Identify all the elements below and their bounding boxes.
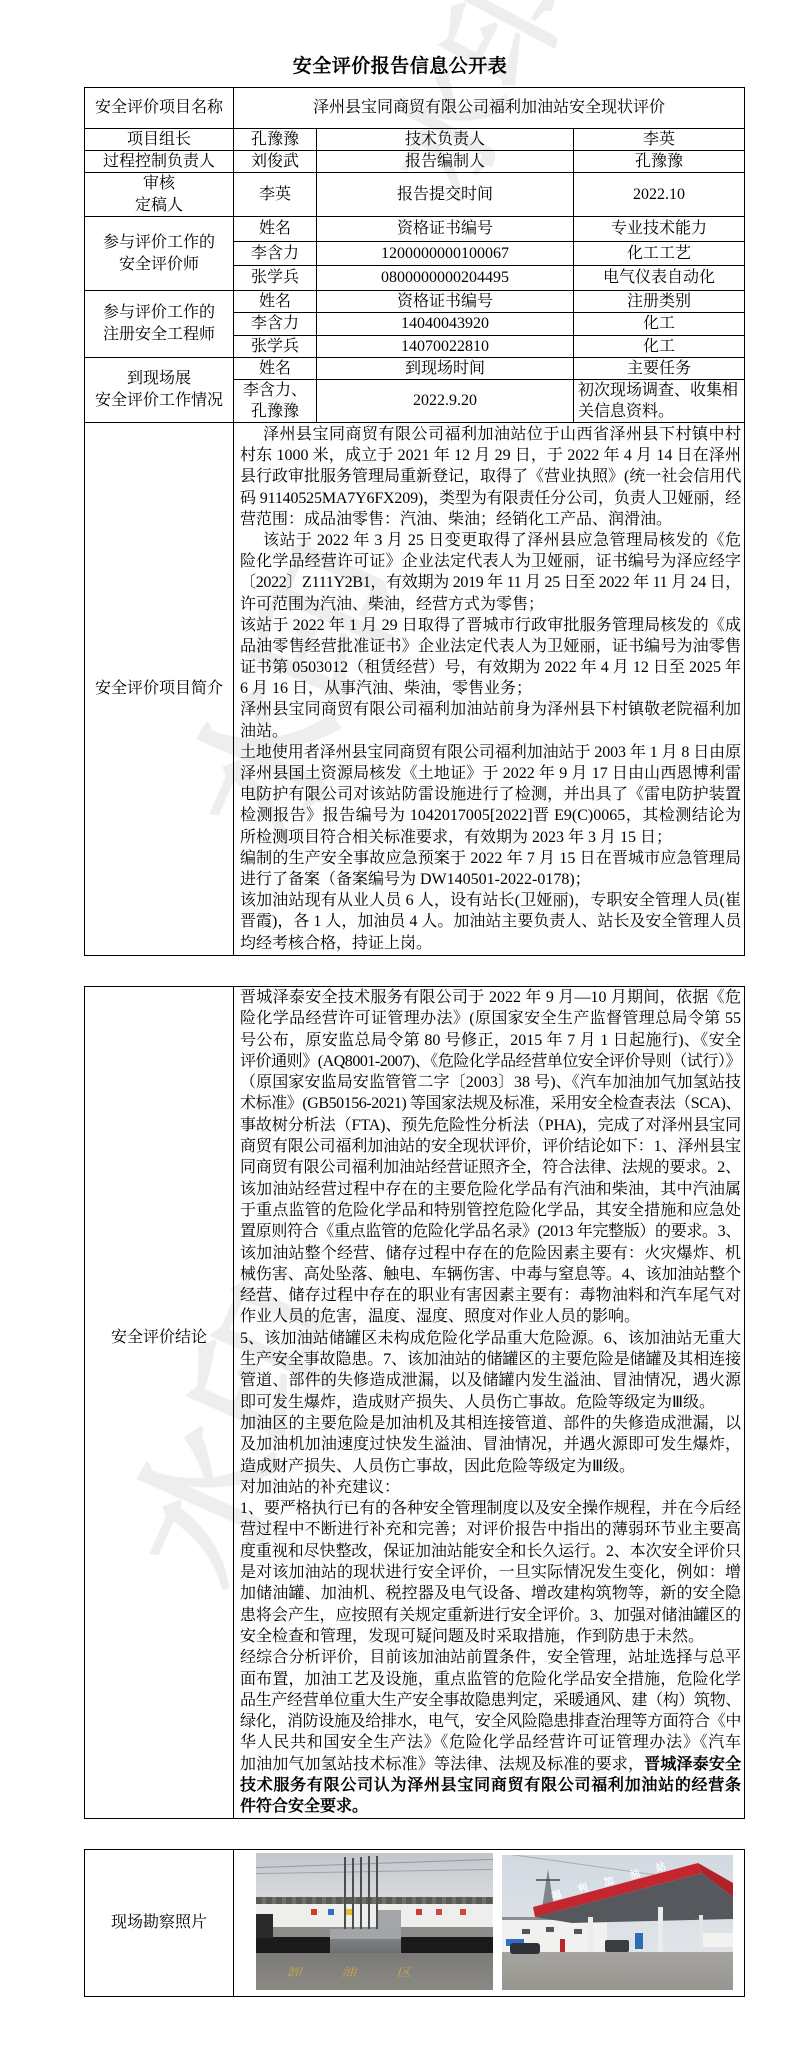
conclusion-line: 该加油站整个经营、储存过程中存在的危险因素主要有：火灾爆炸、机	[240, 1243, 741, 1264]
evaluators-label-line: 安全评价师	[119, 254, 199, 276]
warning-sign	[436, 1909, 442, 1915]
site-visit-label-line: 安全评价工作情况	[95, 390, 223, 412]
conclusion-label: 安全评价结论	[85, 987, 234, 1819]
painted-ground-text: 卸油区	[278, 1965, 462, 1979]
conclusion-line: 术标准》(GB50156-2021) 等国家法规及标准，采用安全检查表法（SCA…	[240, 1093, 741, 1114]
conclusion-line: 险化学品经营许可证管理办法》(原国家安全生产监督管理总局令第 55	[240, 1008, 741, 1029]
canopy-pillar	[699, 1915, 703, 1951]
window	[574, 1929, 582, 1934]
car	[605, 1940, 629, 1952]
conclusion-line: 置原则符合《重点监管的危险化学品名录》(2013 年完整版）的要求。3、	[240, 1221, 741, 1242]
window	[546, 1927, 554, 1932]
engineer-category: 化工	[574, 336, 745, 358]
site-photo-station-canopy: 福利加油站	[502, 1855, 733, 1990]
site-visit-group-label: 到现场展 安全评价工作情况	[85, 358, 234, 423]
evaluators-header-skill: 专业技术能力	[574, 217, 745, 242]
submission-date-value: 2022.10	[574, 173, 745, 217]
conclusion-line: 品生产经营单位重大生产安全事故隐患判定，采暖通风、建（构）筑物、	[240, 1690, 741, 1711]
conclusion-normal-segment: 加油加气加氢站技术标准》等法律、法规及标准的要求，	[240, 1756, 644, 1773]
project-name-value: 泽州县宝同商贸有限公司福利加油站安全现状评价	[234, 88, 745, 129]
intro-line: 6 月 16 日，从事汽油、柴油，零售业务；	[240, 678, 741, 699]
conclusion-line: 晋城泽泰安全技术服务有限公司于 2022 年 9 月—10 月期间，依据《危	[240, 987, 741, 1008]
door	[560, 1939, 565, 1953]
reviewer-label-line: 审核	[143, 173, 175, 195]
intro-line: 该站于 2022 年 3 月 25 日变更取得了泽州县应急管理局核发的《危	[240, 530, 741, 551]
engineers-label-line: 注册安全工程师	[103, 324, 215, 346]
submission-date-label: 报告提交时间	[317, 173, 574, 217]
intro-line: 检测报告》报告编号为 1042017005[2022]晋 E9(C)0065，其…	[240, 805, 741, 826]
evaluators-header-name: 姓名	[234, 217, 317, 242]
conclusion-line: 于重点监管的危险化学品和特别管控危险化学品，其安全措施和应急处	[240, 1200, 741, 1221]
intro-line: 村东 1000 米，成立于 2021 年 12 月 29 日，于 2022 年 …	[240, 445, 741, 466]
engineer-cert-number: 14040043920	[317, 313, 574, 336]
conclusion-line: 华人民共和国安全生产法》《危险化学品经营许可证管理办法》《汽车	[240, 1732, 741, 1753]
conclusion-line: 绿化，消防设施及给排水，电气，安全风险隐患排查治理等方面符合《中	[240, 1711, 741, 1732]
conclusion-line: 营过程中不断进行补充和完善；对评价报告中指出的薄弱环节业主要高	[240, 1519, 741, 1540]
intro-line: 泽州县国土资源局核发《土地证》于 2022 年 9 月 17 日由山西恩博利雷	[240, 763, 741, 784]
intro-line: 编制的生产安全事故应急预案于 2022 年 7 月 15 日在晋城市应急管理局	[240, 848, 741, 869]
reviewer-name: 李英	[234, 173, 317, 217]
site-visit-task-line: 关信息资料。	[578, 401, 674, 422]
engineers-header-name: 姓名	[234, 291, 317, 313]
conclusion-line: 号公布，原安监总局令第 80 号修正，2015 年 7 月 1 日起施行)、《安…	[240, 1030, 741, 1051]
intro-line: 所检测项目符合相关标准要求，有效期为 2023 年 3 月 15 日；	[240, 827, 741, 848]
conclusion-line: 是对该加油站的现状进行安全评价，一旦实际情况发生变化，例如：增	[240, 1562, 741, 1583]
window	[522, 1929, 530, 1934]
engineers-header-cert: 资格证书编号	[317, 291, 574, 313]
conclusion-bold-segment: 晋城泽泰安全	[644, 1756, 741, 1773]
site-visit-task: 初次现场调查、收集相 关信息资料。	[574, 380, 745, 423]
info-table: 安全评价项目名称 泽州县宝同商贸有限公司福利加油站安全现状评价 项目组长 孔豫豫…	[84, 87, 745, 956]
conclusion-line: 造成财产损失、人员伤亡事故，因此危险等级定为Ⅲ级。	[240, 1456, 741, 1477]
intro-line: 该加油站现有从业人员 6 人，设有站长(卫娅丽)，专职安全管理人员(崔	[240, 890, 741, 911]
engineer-name: 李含力	[234, 313, 317, 336]
evaluator-name: 张学兵	[234, 266, 317, 291]
conclusion-line-bold: 件符合安全要求。	[240, 1796, 741, 1817]
side-building	[702, 1933, 733, 1947]
site-visit-header-name: 姓名	[234, 358, 317, 380]
canopy-pillar	[588, 1917, 593, 1955]
evaluator-cert-number: 1200000000100067	[317, 242, 574, 266]
site-visit-name-line: 孔豫豫	[251, 401, 299, 422]
intro-line: 该站于 2022 年 1 月 29 日取得了晋城市行政审批服务管理局核发的《成	[240, 615, 741, 636]
engineer-category: 化工	[574, 313, 745, 336]
vent-pipe	[368, 1856, 370, 1930]
conclusion-line-mixed: 加油加气加氢站技术标准》等法律、法规及标准的要求，晋城泽泰安全	[240, 1754, 741, 1775]
intro-text: 泽州县宝同商贸有限公司福利加油站位于山西省泽州县下村镇中村 村东 1000 米，…	[234, 423, 745, 956]
site-visit-label-line: 到现场展	[127, 368, 191, 390]
conclusion-line: 作业人员的危害，温度、湿度、照度对作业人员的影响。	[240, 1306, 741, 1327]
vent-pipe	[352, 1858, 354, 1930]
evaluators-group-label: 参与评价工作的 安全评价师	[85, 217, 234, 291]
vent-pipe	[360, 1857, 362, 1930]
evaluator-name: 李含力	[234, 242, 317, 266]
warning-sign	[416, 1909, 422, 1915]
process-control-label: 过程控制负责人	[85, 151, 234, 173]
intro-line: 险化学品经营许可证》企业法定代表人为卫娅丽，证书编号为泽应经字	[240, 551, 741, 572]
project-name-label: 安全评价项目名称	[85, 88, 234, 129]
site-visit-name-line: 李含力、	[243, 380, 307, 401]
conclusion-line: （原国家安监局安监管管二字〔2003〕38 号)、《汽车加油加气加氢站技	[240, 1072, 741, 1093]
engineers-group-label: 参与评价工作的 注册安全工程师	[85, 291, 234, 358]
intro-line: 品油零售经营批准证书》企业法定代表人为卫娅丽，证书编号为油零售	[240, 636, 741, 657]
intro-line: 码 91140525MA7Y6FX209)，类型为有限责任分公司，负责人卫娅丽，…	[240, 488, 741, 509]
equipment-box	[377, 1910, 401, 1930]
conclusion-line: 经综合分析评价，目前该加油站前置条件，安全管理，站址选择与总平	[240, 1647, 741, 1668]
conclusion-line-bold: 技术服务有限公司认为泽州县宝同商贸有限公司福利加油站的经营条	[240, 1775, 741, 1796]
car	[510, 1943, 540, 1954]
intro-line: 许可范围为汽油、柴油，经营方式为零售；	[240, 594, 741, 615]
evaluator-skill: 电气仪表自动化	[574, 266, 745, 291]
ground	[502, 1952, 733, 1990]
warning-sign	[328, 1909, 334, 1915]
technical-lead-name: 李英	[574, 129, 745, 151]
intro-label: 安全评价项目简介	[85, 423, 234, 956]
conclusion-text: 晋城泽泰安全技术服务有限公司于 2022 年 9 月—10 月期间，依据《危 险…	[234, 987, 745, 1819]
report-author-name: 孔豫豫	[574, 151, 745, 173]
conclusion-line: 生产安全事故隐患。7、该加油站的储罐区的主要危险是储罐及其相连接	[240, 1349, 741, 1370]
intro-line: 营范围：成品油零售：汽油、柴油；经销化工产品、润滑油。	[240, 509, 741, 530]
site-visit-header-date: 到现场时间	[317, 358, 574, 380]
tank-cover-cabinet	[330, 1929, 401, 1954]
conclusion-line: 评价通则》(AQ8001-2007)、《危险化学品经营单位安全评价导则（试行）》	[240, 1051, 741, 1072]
conclusion-line: 5、该加油站储罐区未构成危险化学品重大危险源。6、该加油站无重大	[240, 1328, 741, 1349]
wall	[256, 1904, 493, 1927]
conclusion-line: 安全检查和管理，发现可疑问题及时采取措施，作到防患于未然。	[240, 1626, 741, 1647]
intro-line: 土地使用者泽州县宝同商贸有限公司福利加油站于 2003 年 1 月 8 日由原	[240, 742, 741, 763]
technical-lead-label: 技术负责人	[317, 129, 574, 151]
process-control-name: 刘俊武	[234, 151, 317, 173]
vent-pipe	[344, 1857, 346, 1930]
conclusion-table: 安全评价结论 晋城泽泰安全技术服务有限公司于 2022 年 9 月—10 月期间…	[84, 986, 745, 1819]
photo-label: 现场勘察照片	[85, 1850, 234, 1997]
engineers-header-category: 注册类别	[574, 291, 745, 313]
conclusion-line: 及加油机加油速度过快发生溢油、冒油情况，并遇火源即可发生爆炸，	[240, 1434, 741, 1455]
intro-line: 〔2022〕Z111Y2B1，有效期为 2019 年 11 月 25 日至 20…	[240, 572, 741, 593]
conclusion-line: 加储油罐、加油机、税控器及电气设备、增改建构筑物等，新的安全隐	[240, 1583, 741, 1604]
intro-line: 泽州县宝同商贸有限公司福利加油站前身为泽州县下村镇敬老院福利加	[240, 699, 741, 720]
conclusion-line: 经营、储存过程中存在的职业有害因素主要有：毒物油料和汽车尾气对	[240, 1285, 741, 1306]
vent-pipe	[376, 1856, 378, 1930]
photo-table: 现场勘察照片 卸油区	[84, 1849, 745, 1997]
conclusion-line: 同商贸有限公司福利加油站经营证照齐全，符合法律、法规的要求。2、	[240, 1157, 741, 1178]
warning-sign	[460, 1909, 466, 1915]
document-title: 安全评价报告信息公开表	[0, 56, 793, 78]
intro-line: 进行了备案（备案编号为 DW140501-2022-0178)；	[240, 869, 741, 890]
conclusion-line: 该加油站经营过程中存在的主要危险化学品有汽油和柴油，其中汽油属	[240, 1179, 741, 1200]
site-photo-unloading-area: 卸油区	[256, 1853, 493, 1990]
intro-line: 县行政审批服务管理局重新登记，取得了《营业执照》(统一社会信用代	[240, 466, 741, 487]
intro-line: 证书第 0503012（租赁经营）号，有效期为 2022 年 4 月 12 日至…	[240, 657, 741, 678]
conclusion-line: 管道、部件的失修造成泄漏，以及储罐内发生溢油、冒油情况，遇火源	[240, 1370, 741, 1391]
warning-sign	[311, 1909, 317, 1915]
ramp	[256, 1914, 273, 1938]
conclusion-line: 即可发生爆炸，造成财产损失、人员伤亡事故。危险等级定为Ⅲ级。	[240, 1392, 741, 1413]
evaluators-label-line: 参与评价工作的	[103, 232, 215, 254]
pylon-arm	[536, 1879, 560, 1881]
conclusion-line: 度重视和尽快整改，保证加油站能安全和长久运行。2、本次安全评价只	[240, 1541, 741, 1562]
kiosk	[635, 1933, 643, 1949]
evaluators-header-cert: 资格证书编号	[317, 217, 574, 242]
evaluator-skill: 化工工艺	[574, 242, 745, 266]
project-leader-label: 项目组长	[85, 129, 234, 151]
report-author-label: 报告编制人	[317, 151, 574, 173]
project-leader-name: 孔豫豫	[234, 129, 317, 151]
engineers-label-line: 参与评价工作的	[103, 302, 215, 324]
intro-line: 泽州县宝同商贸有限公司福利加油站位于山西省泽州县下村镇中村	[240, 424, 741, 445]
conclusion-line: 对加油站的补充建议：	[240, 1477, 741, 1498]
site-visit-header-task: 主要任务	[574, 358, 745, 380]
engineer-cert-number: 14070022810	[317, 336, 574, 358]
reviewer-label: 审核 定稿人	[85, 173, 234, 217]
canopy-pillar	[658, 1907, 663, 1957]
conclusion-line: 加油区的主要危险是加油机及其相连接管道、部件的失修造成泄漏，以	[240, 1413, 741, 1434]
intro-line: 油站。	[240, 721, 741, 742]
conclusion-line: 商贸有限公司福利加油站的安全现状评价，评价结论如下：1、泽州县宝	[240, 1136, 741, 1157]
conclusion-line: 面布置，加油工艺及设施，重点监管的危险化学品安全措施，危险化学	[240, 1669, 741, 1690]
conclusion-line: 1、要严格执行已有的各种安全管理制度以及安全操作规程，并在今后经	[240, 1498, 741, 1519]
photo-cell: 卸油区 福利加油站	[234, 1850, 745, 1997]
evaluator-cert-number: 0800000000204495	[317, 266, 574, 291]
conclusion-line: 械伤害、高处坠落、触电、车辆伤害、中毒与窒息等。4、该加油站整个	[240, 1264, 741, 1285]
intro-line: 晋霞)，各 1 人，加油员 4 人。加油站主要负责人、站长及安全管理人员	[240, 911, 741, 932]
intro-line: 均经考核合格，持证上岗。	[240, 933, 741, 954]
reviewer-label-line: 定稿人	[135, 195, 183, 217]
site-visit-names: 李含力、 孔豫豫	[234, 380, 317, 423]
conclusion-line: 患将会产生，应按照有关规定重新进行安全评价。3、加强对储油罐区的	[240, 1605, 741, 1626]
engineer-name: 张学兵	[234, 336, 317, 358]
intro-line: 电防护有限公司对该站防雷设施进行了检测，并出具了《雷电防护装置	[240, 784, 741, 805]
site-visit-date: 2022.9.20	[317, 380, 574, 423]
conclusion-line: 事故树分析法（FTA)、预先危险性分析法（PHA)，完成了对泽州县宝同	[240, 1115, 741, 1136]
site-visit-task-line: 初次现场调查、收集相	[578, 380, 738, 401]
